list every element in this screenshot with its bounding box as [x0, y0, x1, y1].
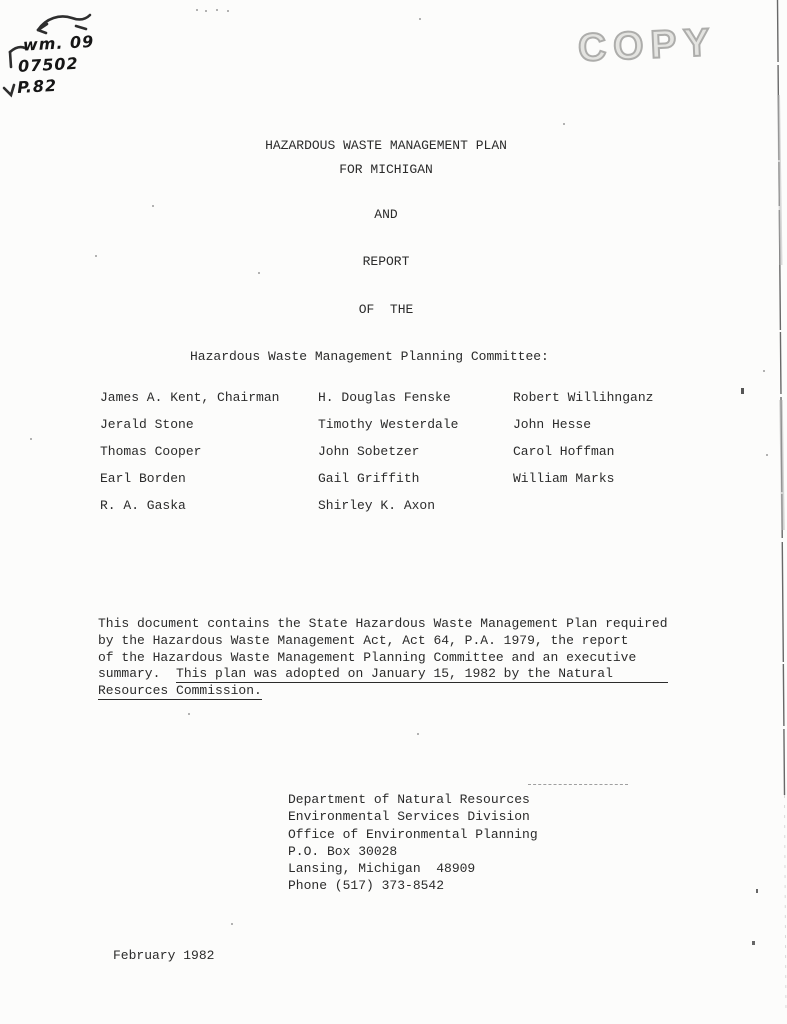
scan-speck: [216, 9, 218, 11]
committee-heading: Hazardous Waste Management Planning Comm…: [190, 349, 549, 364]
committee-member: Shirley K. Axon: [318, 492, 513, 519]
committee-row: Earl Borden Gail Griffith William Marks: [100, 465, 700, 492]
scan-speck: [419, 18, 421, 20]
scan-mark: [756, 889, 758, 893]
document-title-line: HAZARDOUS WASTE MANAGEMENT PLAN: [0, 138, 772, 153]
document-title-line: FOR MICHIGAN: [0, 162, 772, 177]
scan-speck: [188, 713, 190, 715]
underlined-adoption-statement: Resources Commission.: [98, 683, 262, 700]
scan-dash-artifact: [528, 784, 628, 785]
underlined-adoption-statement: This plan was adopted on January 15, 198…: [176, 666, 667, 683]
committee-member: Carol Hoffman: [513, 438, 700, 465]
paragraph-text: summary.: [98, 666, 176, 681]
paragraph-line: This document contains the State Hazardo…: [98, 616, 668, 633]
address-line: Lansing, Michigan 48909: [288, 860, 538, 877]
address-line: Environmental Services Division: [288, 808, 538, 825]
document-title-line: OF THE: [0, 302, 772, 317]
scan-speck: [152, 205, 154, 207]
document-title-line: AND: [0, 207, 772, 222]
committee-member: Jerald Stone: [100, 411, 318, 438]
scan-speck: [766, 454, 768, 456]
committee-member: John Hesse: [513, 411, 700, 438]
committee-member-table: James A. Kent, Chairman H. Douglas Fensk…: [100, 384, 700, 519]
paragraph-line: of the Hazardous Waste Management Planni…: [98, 650, 668, 667]
scan-speck: [95, 255, 97, 257]
address-line: Phone (517) 373-8542: [288, 877, 538, 894]
committee-row: R. A. Gaska Shirley K. Axon: [100, 492, 700, 519]
scan-mark: [752, 941, 755, 945]
paragraph-line: Resources Commission.: [98, 683, 668, 700]
paragraph-line: by the Hazardous Waste Management Act, A…: [98, 633, 668, 650]
committee-member: [513, 492, 700, 519]
scan-speck: [417, 733, 419, 735]
address-line: P.O. Box 30028: [288, 843, 538, 860]
handwritten-line: P.82: [17, 73, 97, 98]
address-line: Office of Environmental Planning: [288, 826, 538, 843]
committee-member: Thomas Cooper: [100, 438, 318, 465]
committee-member: Earl Borden: [100, 465, 318, 492]
committee-row: Thomas Cooper John Sobetzer Carol Hoffma…: [100, 438, 700, 465]
committee-member: H. Douglas Fenske: [318, 384, 513, 411]
scan-mark: [741, 388, 744, 394]
scan-speck: [227, 10, 229, 12]
scanned-document-page: wm. 09 07502 P.82 COPY HAZARDOUS WASTE M…: [0, 0, 787, 1024]
scan-speck: [563, 123, 565, 125]
committee-member: R. A. Gaska: [100, 492, 318, 519]
committee-member: James A. Kent, Chairman: [100, 384, 318, 411]
handwritten-annotation: wm. 09 07502 P.82: [12, 31, 97, 98]
committee-member: Timothy Westerdale: [318, 411, 513, 438]
committee-member: Robert Willihnganz: [513, 384, 700, 411]
committee-member: John Sobetzer: [318, 438, 513, 465]
address-line: Department of Natural Resources: [288, 791, 538, 808]
scan-speck: [205, 10, 207, 12]
committee-row: Jerald Stone Timothy Westerdale John Hes…: [100, 411, 700, 438]
scan-speck: [30, 438, 32, 440]
scan-speck: [231, 923, 233, 925]
scan-speck: [196, 9, 198, 11]
summary-paragraph: This document contains the State Hazardo…: [98, 616, 668, 700]
copy-stamp: COPY: [577, 21, 717, 71]
committee-member: Gail Griffith: [318, 465, 513, 492]
paragraph-line: summary. This plan was adopted on Januar…: [98, 666, 668, 683]
committee-member: William Marks: [513, 465, 700, 492]
scan-speck: [258, 272, 260, 274]
handwritten-line: wm. 09: [22, 31, 94, 56]
document-title-line: REPORT: [0, 254, 772, 269]
publication-date: February 1982: [113, 948, 214, 963]
address-block: Department of Natural Resources Environm…: [288, 791, 538, 895]
committee-row: James A. Kent, Chairman H. Douglas Fensk…: [100, 384, 700, 411]
scan-speck: [763, 370, 765, 372]
